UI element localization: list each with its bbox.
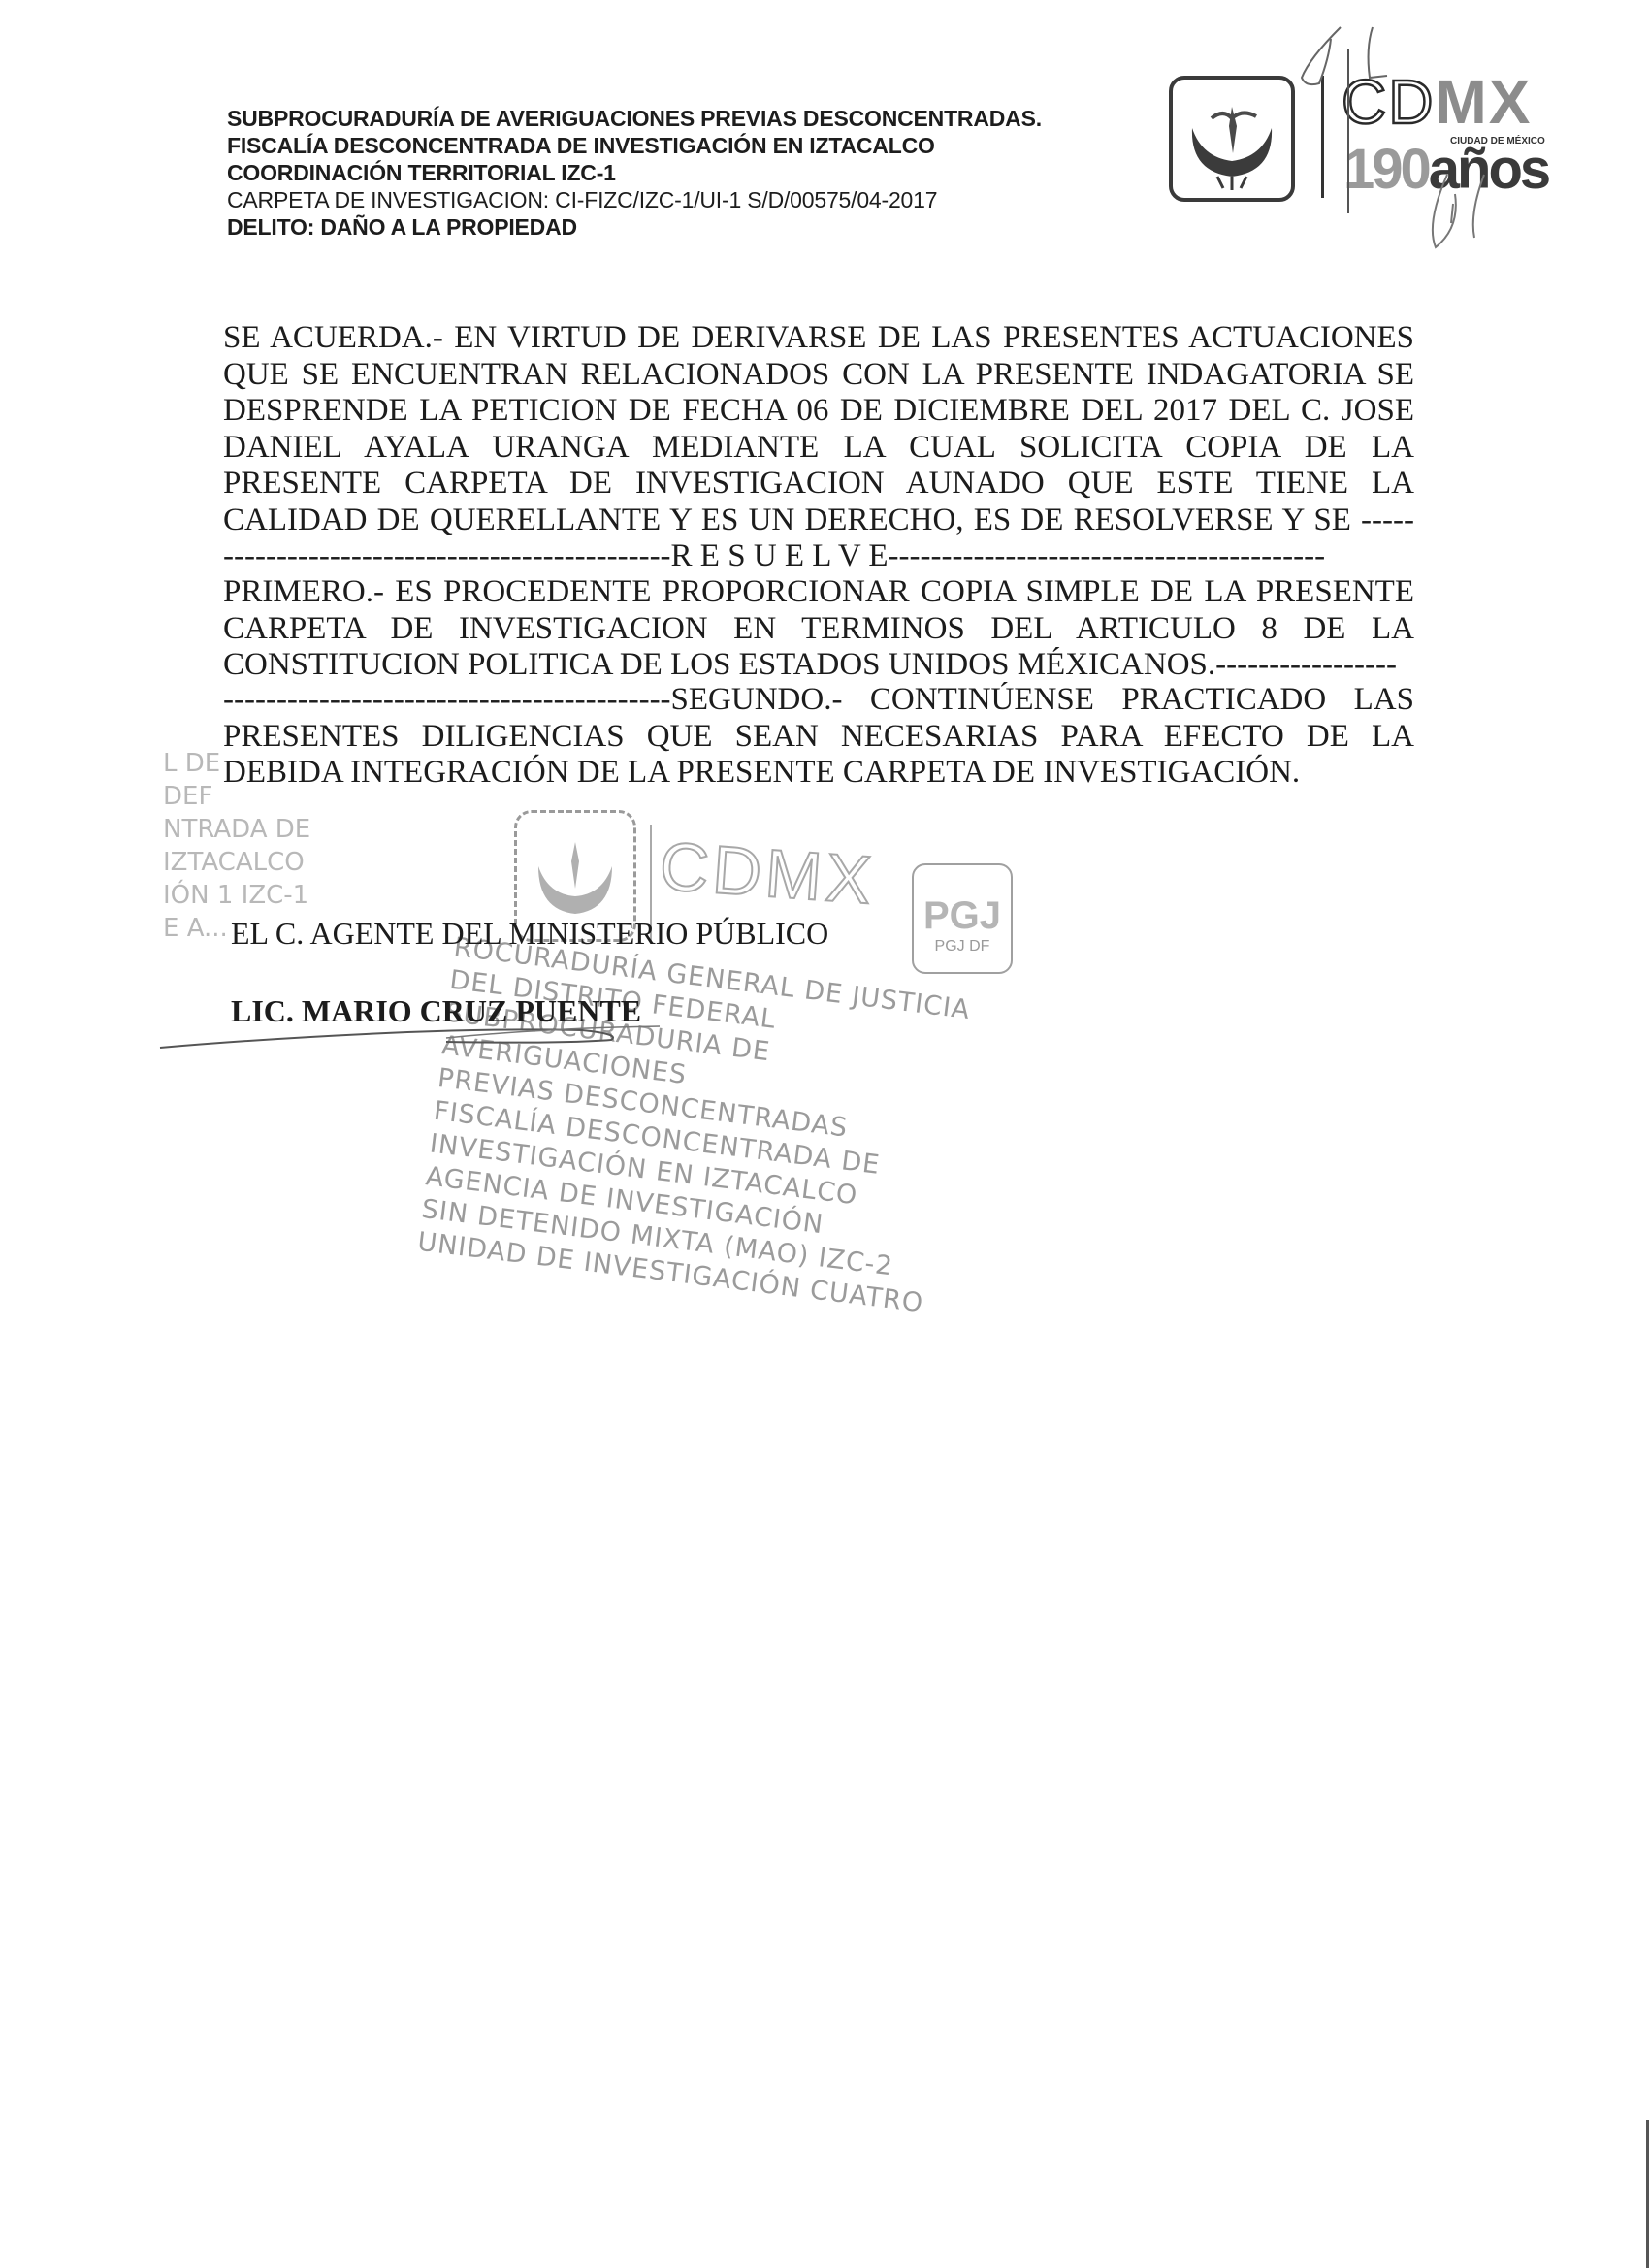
stamp-pgj-small: PGJ DF [914, 938, 1011, 956]
segundo-line: DEBIDA INTEGRACIÓN DE LA PRESENTE CARPET… [223, 755, 1414, 792]
header-line-subprocuraduria: SUBPROCURADURÍA DE AVERIGUACIONES PREVIA… [227, 105, 1042, 132]
stamp-cdmx-text: CDMX [657, 826, 877, 919]
acuerdo-line: PRESENTE CARPETA DE INVESTIGACION AUNADO… [223, 466, 1414, 502]
stamp-pgj-badge: PGJ PGJ DF [912, 863, 1013, 974]
side-fragment-line: IÓN 1 IZC-1 [163, 879, 310, 912]
acuerdo-line: DESPRENDE LA PETICION DE FECHA 06 DE DIC… [223, 393, 1414, 430]
side-fragment-line: IZTACALCO [163, 846, 310, 879]
segundo-paragraph: ----------------------------------------… [223, 682, 1414, 792]
segundo-line: ----------------------------------------… [223, 682, 1414, 719]
side-fragment-line: NTRADA DE [163, 813, 310, 846]
segundo-line: PRESENTES DILIGENCIAS QUE SEAN NECESARIA… [223, 719, 1414, 756]
primero-paragraph: PRIMERO.- ES PROCEDENTE PROPORCIONAR COP… [223, 574, 1414, 684]
header-line-carpeta: CARPETA DE INVESTIGACION: CI-FIZC/IZC-1/… [227, 186, 1042, 213]
angel-emblem-icon [1169, 76, 1295, 202]
acuerdo-line: QUE SE ENCUENTRAN RELACIONADOS CON LA PR… [223, 357, 1414, 394]
primero-line: CARPETA DE INVESTIGACION EN TERMINOS DEL… [223, 611, 1414, 648]
acuerdo-line: DANIEL AYALA URANGA MEDIANTE LA CUAL SOL… [223, 430, 1414, 467]
header-line-coordinacion: COORDINACIÓN TERRITORIAL IZC-1 [227, 159, 1042, 186]
resuelve-line: ----------------------------------------… [223, 538, 1414, 575]
header-line-delito: DELITO: DAÑO A LA PROPIEDAD [227, 213, 1042, 241]
document-header: SUBPROCURADURÍA DE AVERIGUACIONES PREVIA… [227, 105, 1042, 241]
header-line-fiscalia: FISCALÍA DESCONCENTRADA DE INVESTIGACIÓN… [227, 132, 1042, 159]
primero-line: CONSTITUCION POLITICA DE LOS ESTADOS UNI… [223, 647, 1414, 684]
side-fragment-line: DEF [163, 780, 310, 813]
signature-title: EL C. AGENTE DEL MINISTERIO PÚBLICO [231, 916, 828, 952]
side-fragment-line: L DE [163, 747, 310, 780]
stamp-text-block: ROCURADURÍA GENERAL DE JUSTICIA DEL DIST… [416, 931, 1015, 1327]
acuerdo-line: CALIDAD DE QUERELLANTE Y ES UN DERECHO, … [223, 502, 1414, 539]
handwritten-folio-mark [1280, 19, 1571, 272]
acuerdo-paragraph: SE ACUERDA.- EN VIRTUD DE DERIVARSE DE L… [223, 320, 1414, 575]
primero-line: PRIMERO.- ES PROCEDENTE PROPORCIONAR COP… [223, 574, 1414, 611]
handwritten-signature [155, 1009, 698, 1057]
stamp-pgj-big: PGJ [914, 894, 1011, 938]
acuerdo-line: SE ACUERDA.- EN VIRTUD DE DERIVARSE DE L… [223, 320, 1414, 357]
